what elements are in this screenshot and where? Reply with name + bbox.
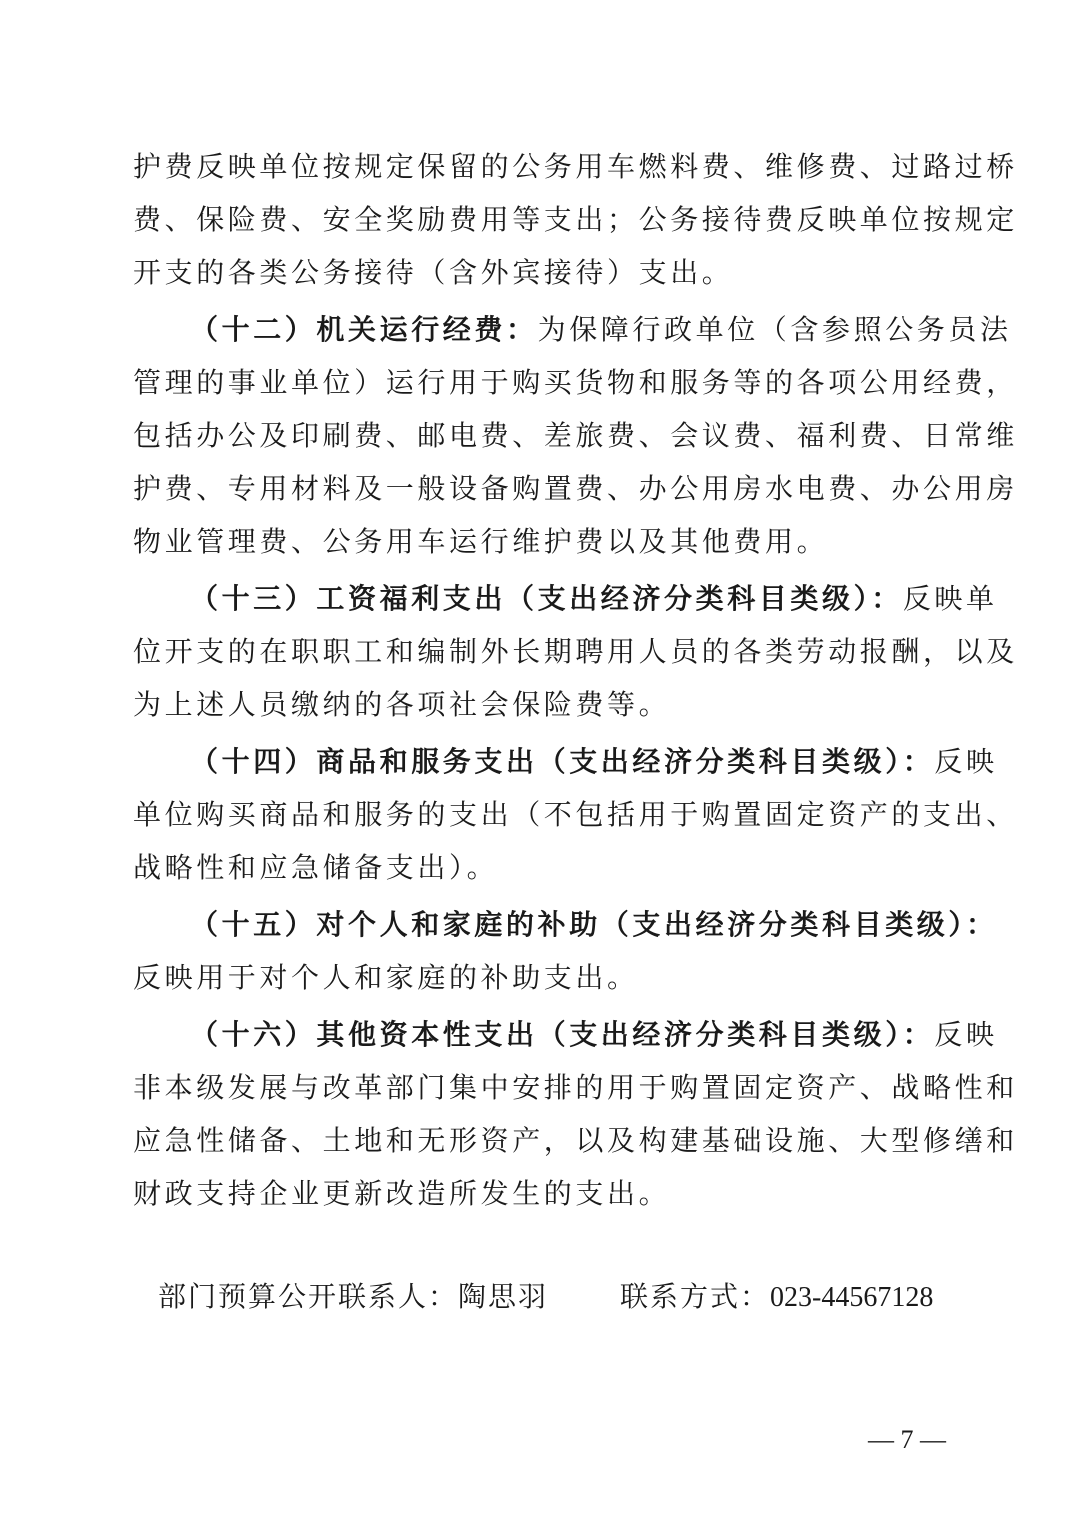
section-text: 反映单 [903, 582, 998, 615]
paragraph-line: 包括办公及印刷费、邮电费、差旅费、会议费、福利费、日常维 [133, 419, 945, 453]
paragraph-line: 反映用于对个人和家庭的补助支出。 [133, 961, 945, 995]
document-page: 护费反映单位按规定保留的公务用车燃料费、维修费、过路过桥 费、保险费、安全奖励费… [0, 0, 1074, 1520]
section-14-first-line: （十四）商品和服务支出（支出经济分类科目类级）：反映 [190, 745, 945, 779]
section-heading: （十三）工资福利支出（支出经济分类科目类级）： [190, 582, 903, 615]
paragraph-line: 护费、专用材料及一般设备购置费、办公用房水电费、办公用房 [133, 472, 945, 506]
paragraph-line: 为上述人员缴纳的各项社会保险费等。 [133, 688, 945, 722]
paragraph-line: 护费反映单位按规定保留的公务用车燃料费、维修费、过路过桥 [133, 150, 945, 184]
paragraph-line: 单位购买商品和服务的支出（不包括用于购置固定资产的支出、 [133, 798, 945, 832]
page-number: — 7 — [868, 1425, 946, 1455]
paragraph-line: 费、保险费、安全奖励费用等支出；公务接待费反映单位按规定 [133, 203, 945, 237]
contact-phone-number: 023-44567128 [770, 1282, 933, 1313]
paragraph-line: 位开支的在职职工和编制外长期聘用人员的各类劳动报酬，以及 [133, 635, 945, 669]
section-heading: （十二）机关运行经费： [190, 313, 538, 346]
paragraph-line: 战略性和应急储备支出）。 [133, 851, 945, 885]
section-heading: （十五）对个人和家庭的补助（支出经济分类科目类级）： [190, 908, 998, 941]
section-text: 为保障行政单位（含参照公务员法 [538, 313, 1012, 346]
section-text: 反映 [934, 1018, 997, 1051]
paragraph-line: 开支的各类公务接待（含外宾接待）支出。 [133, 256, 945, 290]
section-16-first-line: （十六）其他资本性支出（支出经济分类科目类级）：反映 [190, 1018, 945, 1052]
section-heading: （十六）其他资本性支出（支出经济分类科目类级）： [190, 1018, 934, 1051]
section-15-first-line: （十五）对个人和家庭的补助（支出经济分类科目类级）： [190, 908, 945, 942]
section-12-first-line: （十二）机关运行经费：为保障行政单位（含参照公务员法 [190, 313, 945, 347]
contact-person-name: 陶思羽 [458, 1280, 548, 1313]
paragraph-line: 应急性储备、土地和无形资产，以及构建基础设施、大型修缮和 [133, 1124, 945, 1158]
section-text: 反映 [934, 745, 997, 778]
contact-phone-label: 联系方式： [620, 1280, 770, 1313]
paragraph-line: 管理的事业单位）运行用于购买货物和服务等的各项公用经费， [133, 366, 945, 400]
paragraph-line: 非本级发展与改革部门集中安排的用于购置固定资产、战略性和 [133, 1071, 945, 1105]
section-13-first-line: （十三）工资福利支出（支出经济分类科目类级）：反映单 [190, 582, 945, 616]
paragraph-line: 财政支持企业更新改造所发生的支出。 [133, 1177, 945, 1211]
paragraph-line: 物业管理费、公务用车运行维护费以及其他费用。 [133, 525, 945, 559]
contact-info: 部门预算公开联系人：陶思羽联系方式：023-44567128 [158, 1280, 933, 1315]
section-heading: （十四）商品和服务支出（支出经济分类科目类级）： [190, 745, 934, 778]
contact-person-label: 部门预算公开联系人： [158, 1280, 458, 1313]
